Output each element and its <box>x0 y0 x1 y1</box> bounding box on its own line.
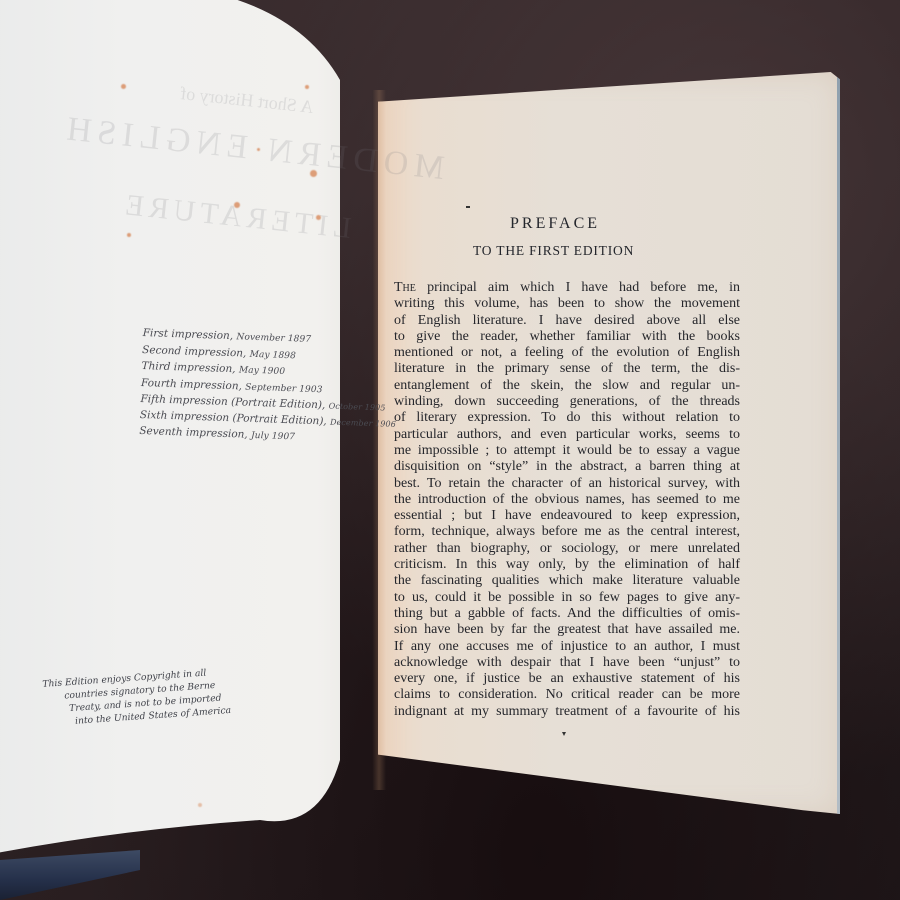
text-line: to us, could it be possible in so few pa… <box>394 590 740 606</box>
text-line: criticism. In this way only, by the elim… <box>394 557 740 573</box>
text-line: writing this volume, has been to show th… <box>394 296 740 312</box>
text-line: form, technique, always before me as the… <box>394 524 740 540</box>
text-line: acknowledge with despair that I have bee… <box>394 655 740 671</box>
foxing-spot <box>305 85 309 89</box>
text-line: the fascinating qualities which make lit… <box>394 573 740 589</box>
text-line: indignant at my summary treatment of a f… <box>394 704 740 720</box>
text-line: literature in the primary sense of the t… <box>394 361 740 377</box>
page-edge <box>837 72 840 814</box>
foxing-spot <box>310 170 317 177</box>
foxing-spot <box>234 202 240 208</box>
foxing-spot <box>316 215 321 220</box>
text-line: rather than biography, or sociology, or … <box>394 541 740 557</box>
printer-mark <box>466 206 470 208</box>
text-line: If any one accuses me of injustice to an… <box>394 639 740 655</box>
foxing-spot <box>257 148 260 151</box>
text-line: the introduction of the obvious names, h… <box>394 492 740 508</box>
text-line: entanglement of the skein, the slow and … <box>394 378 740 394</box>
impressions-list: First impression, November 1897 Second i… <box>139 326 399 449</box>
foxing-spot <box>127 233 131 237</box>
text-line: disquisition on “style” in the abstract,… <box>394 459 740 475</box>
text-line: every one, if justice be an exhaustive s… <box>394 671 740 687</box>
text-line: best. To retain the character of an hist… <box>394 476 740 492</box>
preface-body: The principal aim which I have had befor… <box>394 280 740 720</box>
foxing-spot <box>198 803 202 807</box>
text-line: The principal aim which I have had befor… <box>394 280 740 296</box>
text-line: winding, down succeeding generations, of… <box>394 394 740 410</box>
text-line: of literary expression. To do this witho… <box>394 410 740 426</box>
text-line: of English literature. I have desired ab… <box>394 313 740 329</box>
foxing-spot <box>121 84 126 89</box>
preface-title: PREFACE <box>510 215 600 233</box>
text-line: me impossible ; to attempt it would be t… <box>394 443 740 459</box>
text-line: sion have been by far the greatest that … <box>394 622 740 638</box>
text-line: particular authors, and even particular … <box>394 427 740 443</box>
preface-subtitle: TO THE FIRST EDITION <box>473 243 634 259</box>
text-line: thing but a gabble of facts. And the dif… <box>394 606 740 622</box>
drop-word: The <box>394 280 416 295</box>
text-line: to give the reader, whether familiar wit… <box>394 329 740 345</box>
text-line: claims to consideration. No critical rea… <box>394 687 740 703</box>
signature-mark <box>562 732 566 736</box>
text-line: essential ; but I have endeavoured to ke… <box>394 508 740 524</box>
text-line: mentioned or not, a feeling of the evolu… <box>394 345 740 361</box>
